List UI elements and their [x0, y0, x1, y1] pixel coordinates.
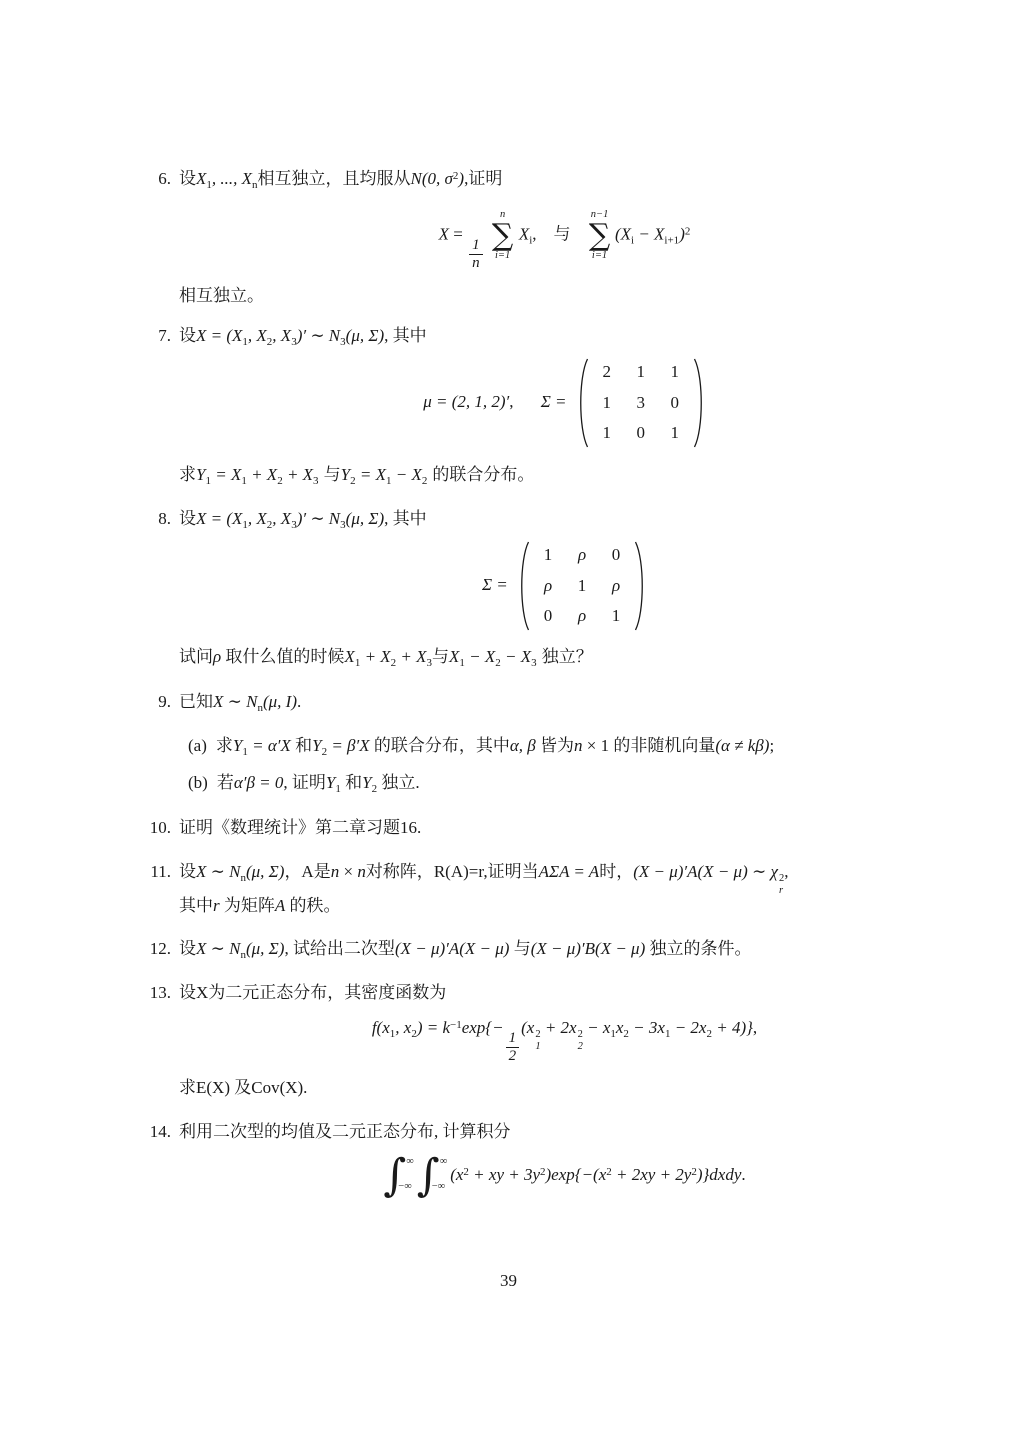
problem-11-line-1: 11. 设X ∼ Nn(μ, Σ)，A是n × n对称阵，R(A)=r,证明当A…	[143, 859, 874, 896]
matrix-paren-left-icon	[576, 357, 589, 449]
problem-12-line: 12. 设X ∼ Nn(μ, Σ), 试给出二次型(X − μ)′A(X − μ…	[143, 936, 874, 962]
summation-icon: ∑	[492, 222, 513, 251]
problem-7-line: 7. 设X = (X1, X2, X3)′ ∼ N3(μ, Σ), 其中	[143, 323, 874, 349]
problem-7-number: 7.	[143, 323, 171, 349]
problem-12-text: 设X ∼ Nn(μ, Σ), 试给出二次型(X − μ)′A(X − μ)与(X…	[179, 936, 874, 962]
problem-9-item-a: (a) 求Y1 = α′X和Y2 = β′X的联合分布，其中α, β皆为n × …	[143, 733, 919, 759]
problem-8-formula: Σ = 1ρ0ρ1ρ0ρ1	[143, 540, 930, 632]
problem-6-number: 6.	[143, 166, 171, 192]
problem-7-text: 设X = (X1, X2, X3)′ ∼ N3(μ, Σ), 其中	[179, 323, 874, 349]
problem-13-text: 设X为二元正态分布，其密度函数为	[179, 980, 874, 1006]
problem-13-number: 13.	[143, 980, 171, 1006]
problem-8-text: 设X = (X1, X2, X3)′ ∼ N3(μ, Σ), 其中	[179, 506, 874, 532]
page-number: 39	[143, 1268, 874, 1294]
problem-9-number: 9.	[143, 689, 171, 715]
problem-6-formula: X = 1nn∑i=1Xi,与n−1∑i=1(Xi − Xi+1)2	[143, 209, 930, 272]
problem-9-item-b: (b) 若α′β = 0, 证明Y1和Y2独立.	[143, 770, 919, 796]
matrix-paren-left-icon	[517, 540, 530, 632]
matrix: 1ρ0ρ1ρ0ρ1	[517, 540, 647, 632]
item-a-label: (a)	[188, 733, 207, 759]
item-b-text: 若α′β = 0, 证明Y1和Y2独立.	[217, 770, 919, 796]
problem-13-continuation: 求E(X)及Cov(X).	[143, 1075, 910, 1101]
problem-10-line: 10. 证明《数理统计》第二章习题16.	[143, 815, 874, 841]
summation-icon: ∑	[589, 222, 610, 251]
problem-14-line: 14. 利用二次型的均值及二元正态分布, 计算积分	[143, 1119, 874, 1145]
problem-14-number: 14.	[143, 1119, 171, 1145]
problem-9-line: 9. 已知X ∼ Nn(μ, I).	[143, 689, 874, 715]
problem-9-text: 已知X ∼ Nn(μ, I).	[179, 689, 874, 715]
matrix: 211130101	[576, 357, 706, 449]
problem-7-continuation: 求Y1 = X1 + X2 + X3与Y2 = X1 − X2的联合分布。	[143, 462, 910, 488]
problem-7-formula: μ = (2, 1, 2)′,Σ = 211130101	[143, 357, 930, 449]
problem-6-continuation: 相互独立。	[143, 283, 910, 309]
problem-12-number: 12.	[143, 936, 171, 962]
problem-6-line: 6. 设X1, ..., Xn相互独立，且均服从N(0, σ2),证明	[143, 166, 874, 192]
problem-8-line: 8. 设X = (X1, X2, X3)′ ∼ N3(μ, Σ), 其中	[143, 506, 874, 532]
problem-11-text-1: 设X ∼ Nn(μ, Σ)，A是n × n对称阵，R(A)=r,证明当AΣA =…	[179, 859, 874, 896]
item-b-label: (b)	[188, 770, 208, 796]
problem-8-number: 8.	[143, 506, 171, 532]
matrix-paren-right-icon	[693, 357, 706, 449]
problem-10-number: 10.	[143, 815, 171, 841]
problem-8-continuation: 试问ρ取什么值的时候X1 + X2 + X3与X1 − X2 − X3独立？	[143, 644, 910, 670]
problem-6-text: 设X1, ..., Xn相互独立，且均服从N(0, σ2),证明	[179, 166, 874, 192]
problem-13-line: 13. 设X为二元正态分布，其密度函数为	[143, 980, 874, 1006]
problem-10-text: 证明《数理统计》第二章习题16.	[179, 815, 874, 841]
matrix-paren-right-icon	[634, 540, 647, 632]
problem-14-formula: ∫∞−∞∫∞−∞(x2 + xy + 3y2)exp{−(x2 + 2xy + …	[143, 1154, 930, 1198]
item-a-text: 求Y1 = α′X和Y2 = β′X的联合分布，其中α, β皆为n × 1的非随…	[216, 733, 919, 759]
problem-13-formula: f(x1, x2) = k−1exp{−12(x21 + 2x22 − x1x2…	[143, 1018, 930, 1066]
problem-11-number: 11.	[143, 859, 171, 885]
problem-11-line-2: 其中r为矩阵A的秩。	[143, 893, 910, 919]
problem-14-text: 利用二次型的均值及二元正态分布, 计算积分	[179, 1119, 874, 1145]
